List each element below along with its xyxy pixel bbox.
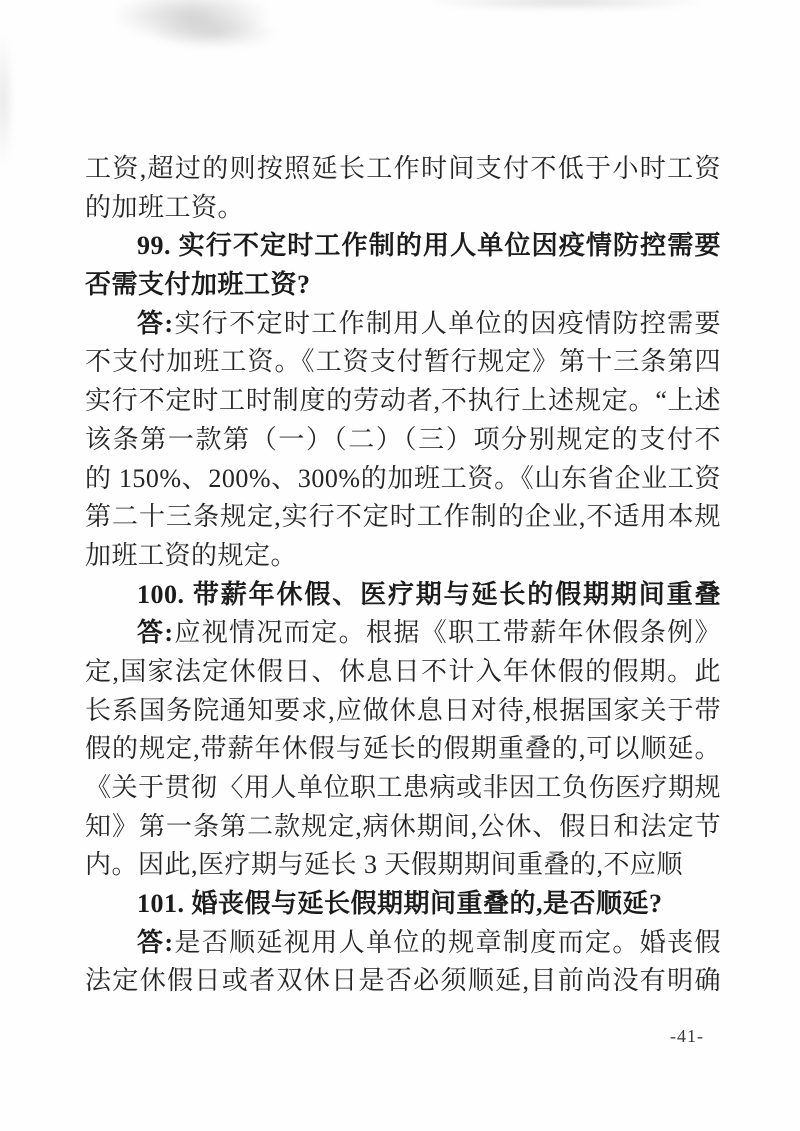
answer-line: 答:是否顺延视用人单位的规章制度而定。婚丧假期间遇到 bbox=[85, 924, 721, 963]
question-line: 99. 实行不定时工作制的用人单位因疫情防控需要加班,是 bbox=[85, 227, 721, 266]
text-line: 定,国家法定休假日、休息日不计入年休假的假期。此次假期延 bbox=[85, 653, 721, 692]
document-page: 工资,超过的则按照延长工作时间支付不低于小时工资基数150% 的加班工资。 99… bbox=[0, 0, 800, 1131]
scan-artifact bbox=[430, 0, 700, 10]
scan-artifact bbox=[150, 16, 280, 50]
text-line: 内。因此,医疗期与延长 3 天假期期间重叠的,不应顺延。 bbox=[85, 846, 721, 885]
text-line: 《关于贯彻〈用人单位职工患病或非因工负伤医疗期规定〉的通 bbox=[85, 769, 721, 808]
text-line: 的 150%、200%、300%的加班工资。《山东省企业工资支付规定》 bbox=[85, 460, 721, 499]
scan-artifact bbox=[0, 35, 14, 165]
text-line: 实行不定时工时制度的劳动者,不执行上述规定。“上述规定”即 bbox=[85, 382, 721, 421]
answer-line: 答:应视情况而定。根据《职工带薪年休假条例》第三条规 bbox=[85, 614, 721, 653]
question-line: 100. 带薪年休假、医疗期与延长的假期期间重叠的,是否顺延? bbox=[85, 576, 721, 615]
text-line: 该条第一款第（一）（二）（三）项分别规定的支付不低于工资 bbox=[85, 421, 721, 460]
answer-line: 答:实行不定时工作制用人单位的因疫情防控需要加班的, bbox=[85, 305, 721, 344]
answer-label: 答: bbox=[137, 309, 174, 338]
text-line: 知》第一条第二款规定,病休期间,公休、假日和法定节日包括在 bbox=[85, 808, 721, 847]
answer-text: 是否顺延视用人单位的规章制度而定。婚丧假期间遇到 bbox=[85, 928, 721, 963]
text-line: 法定休假日或者双休日是否必须顺延,目前尚没有明确的法律、 bbox=[85, 962, 721, 1001]
text-line: 工资,超过的则按照延长工作时间支付不低于小时工资基数150% bbox=[85, 150, 721, 189]
scan-artifact bbox=[112, 0, 272, 42]
question-line: 101. 婚丧假与延长假期期间重叠的,是否顺延? bbox=[85, 885, 721, 924]
text-line: 第二十三条规定,实行不定时工作制的企业,不适用本规定有关 bbox=[85, 498, 721, 537]
text-line: 加班工资的规定。 bbox=[85, 537, 721, 576]
body-text: 工资,超过的则按照延长工作时间支付不低于小时工资基数150% 的加班工资。 99… bbox=[85, 150, 721, 1001]
answer-label: 答: bbox=[137, 928, 174, 957]
page-number: -41- bbox=[670, 1026, 704, 1047]
text-line: 的加班工资。 bbox=[85, 189, 721, 228]
answer-text: 应视情况而定。根据《职工带薪年休假条例》第三条规 bbox=[85, 618, 721, 653]
text-line: 假的规定,带薪年休假与延长的假期重叠的,可以顺延。原劳动部 bbox=[85, 730, 721, 769]
answer-text: 实行不定时工作制用人单位的因疫情防控需要加班的, bbox=[85, 309, 721, 344]
answer-label: 答: bbox=[137, 618, 174, 647]
text-line: 不支付加班工资。《工资支付暂行规定》第十三条第四款规定, bbox=[85, 343, 721, 382]
question-line: 否需支付加班工资? bbox=[85, 266, 721, 305]
text-line: 长系国务院通知要求,应做休息日对待,根据国家关于带薪年休 bbox=[85, 692, 721, 731]
